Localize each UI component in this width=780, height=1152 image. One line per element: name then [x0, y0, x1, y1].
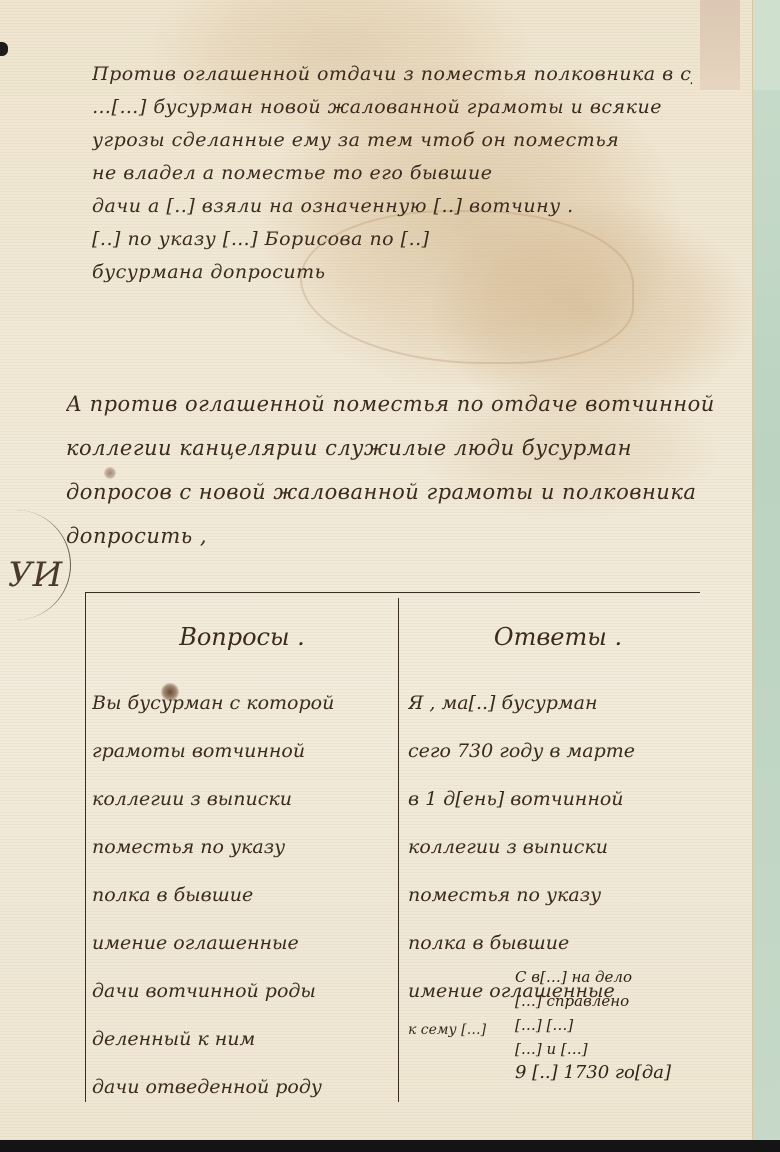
qa-table-divider: [398, 598, 399, 1102]
question-line: Вы бусурман с которой: [92, 679, 392, 727]
signature-line: […] […]: [515, 1013, 745, 1037]
answers-header: Ответы .: [408, 615, 708, 679]
paragraph-middle: А против оглашенной поместья по отдаче в…: [66, 382, 746, 558]
text-line: угрозы сделанные ему за тем чтоб он поме…: [92, 124, 692, 157]
qa-table-left-rule: [85, 592, 86, 1102]
text-line: Против оглашенной отдачи з поместья полк…: [92, 58, 692, 91]
scanner-edge: [0, 1140, 780, 1152]
text-line: допросов с новой жалованной грамоты и по…: [66, 470, 746, 514]
text-line: А против оглашенной поместья по отдаче в…: [66, 382, 746, 426]
answer-line: поместья по указу: [408, 871, 708, 919]
question-line: поместья по указу: [92, 823, 392, 871]
answer-line: полка в бывшие: [408, 919, 708, 967]
signature-block: С в[…] на дело […] справлено […] […] […]…: [515, 965, 745, 1085]
signature-line: […] справлено: [515, 989, 745, 1013]
question-line: деленный к ним: [92, 1015, 392, 1063]
text-line: [..] по указу […] Борисова по [..]: [92, 223, 692, 256]
text-line: допросить ,: [66, 514, 746, 558]
text-line: …[…] бусурман новой жалованной грамоты и…: [92, 91, 692, 124]
answer-line: сего 730 году в марте: [408, 727, 708, 775]
text-line: коллегии канцелярии служилые люди бусурм…: [66, 426, 746, 470]
question-line: имение оглашенные: [92, 919, 392, 967]
question-line: дачи отведенной роду: [92, 1063, 392, 1111]
answer-line: Я , ма[..] бусурман: [408, 679, 708, 727]
margin-folio-note: УИ: [8, 555, 62, 595]
answer-line: в 1 д[ень] вотчинной: [408, 775, 708, 823]
text-line: бусурмана допросить: [92, 256, 692, 289]
question-line: коллегии з выписки: [92, 775, 392, 823]
signature-line: С в[…] на дело: [515, 965, 745, 989]
torn-top-corner: [700, 0, 740, 90]
signature-line: […] и […]: [515, 1037, 745, 1061]
questions-column: Вопросы . Вы бусурман с которой грамоты …: [92, 615, 392, 1111]
text-line: не владел а поместье то его бывшие: [92, 157, 692, 190]
questions-header: Вопросы .: [92, 615, 392, 679]
document-date: 9 [..] 1730 го[да]: [515, 1061, 745, 1085]
paragraph-top: Против оглашенной отдачи з поместья полк…: [92, 58, 692, 289]
question-line: дачи вотчинной роды: [92, 967, 392, 1015]
answer-line: коллегии з выписки: [408, 823, 708, 871]
question-line: грамоты вотчинной: [92, 727, 392, 775]
question-line: полка в бывшие: [92, 871, 392, 919]
text-line: дачи а [..] взяли на означенную [..] вот…: [92, 190, 692, 223]
